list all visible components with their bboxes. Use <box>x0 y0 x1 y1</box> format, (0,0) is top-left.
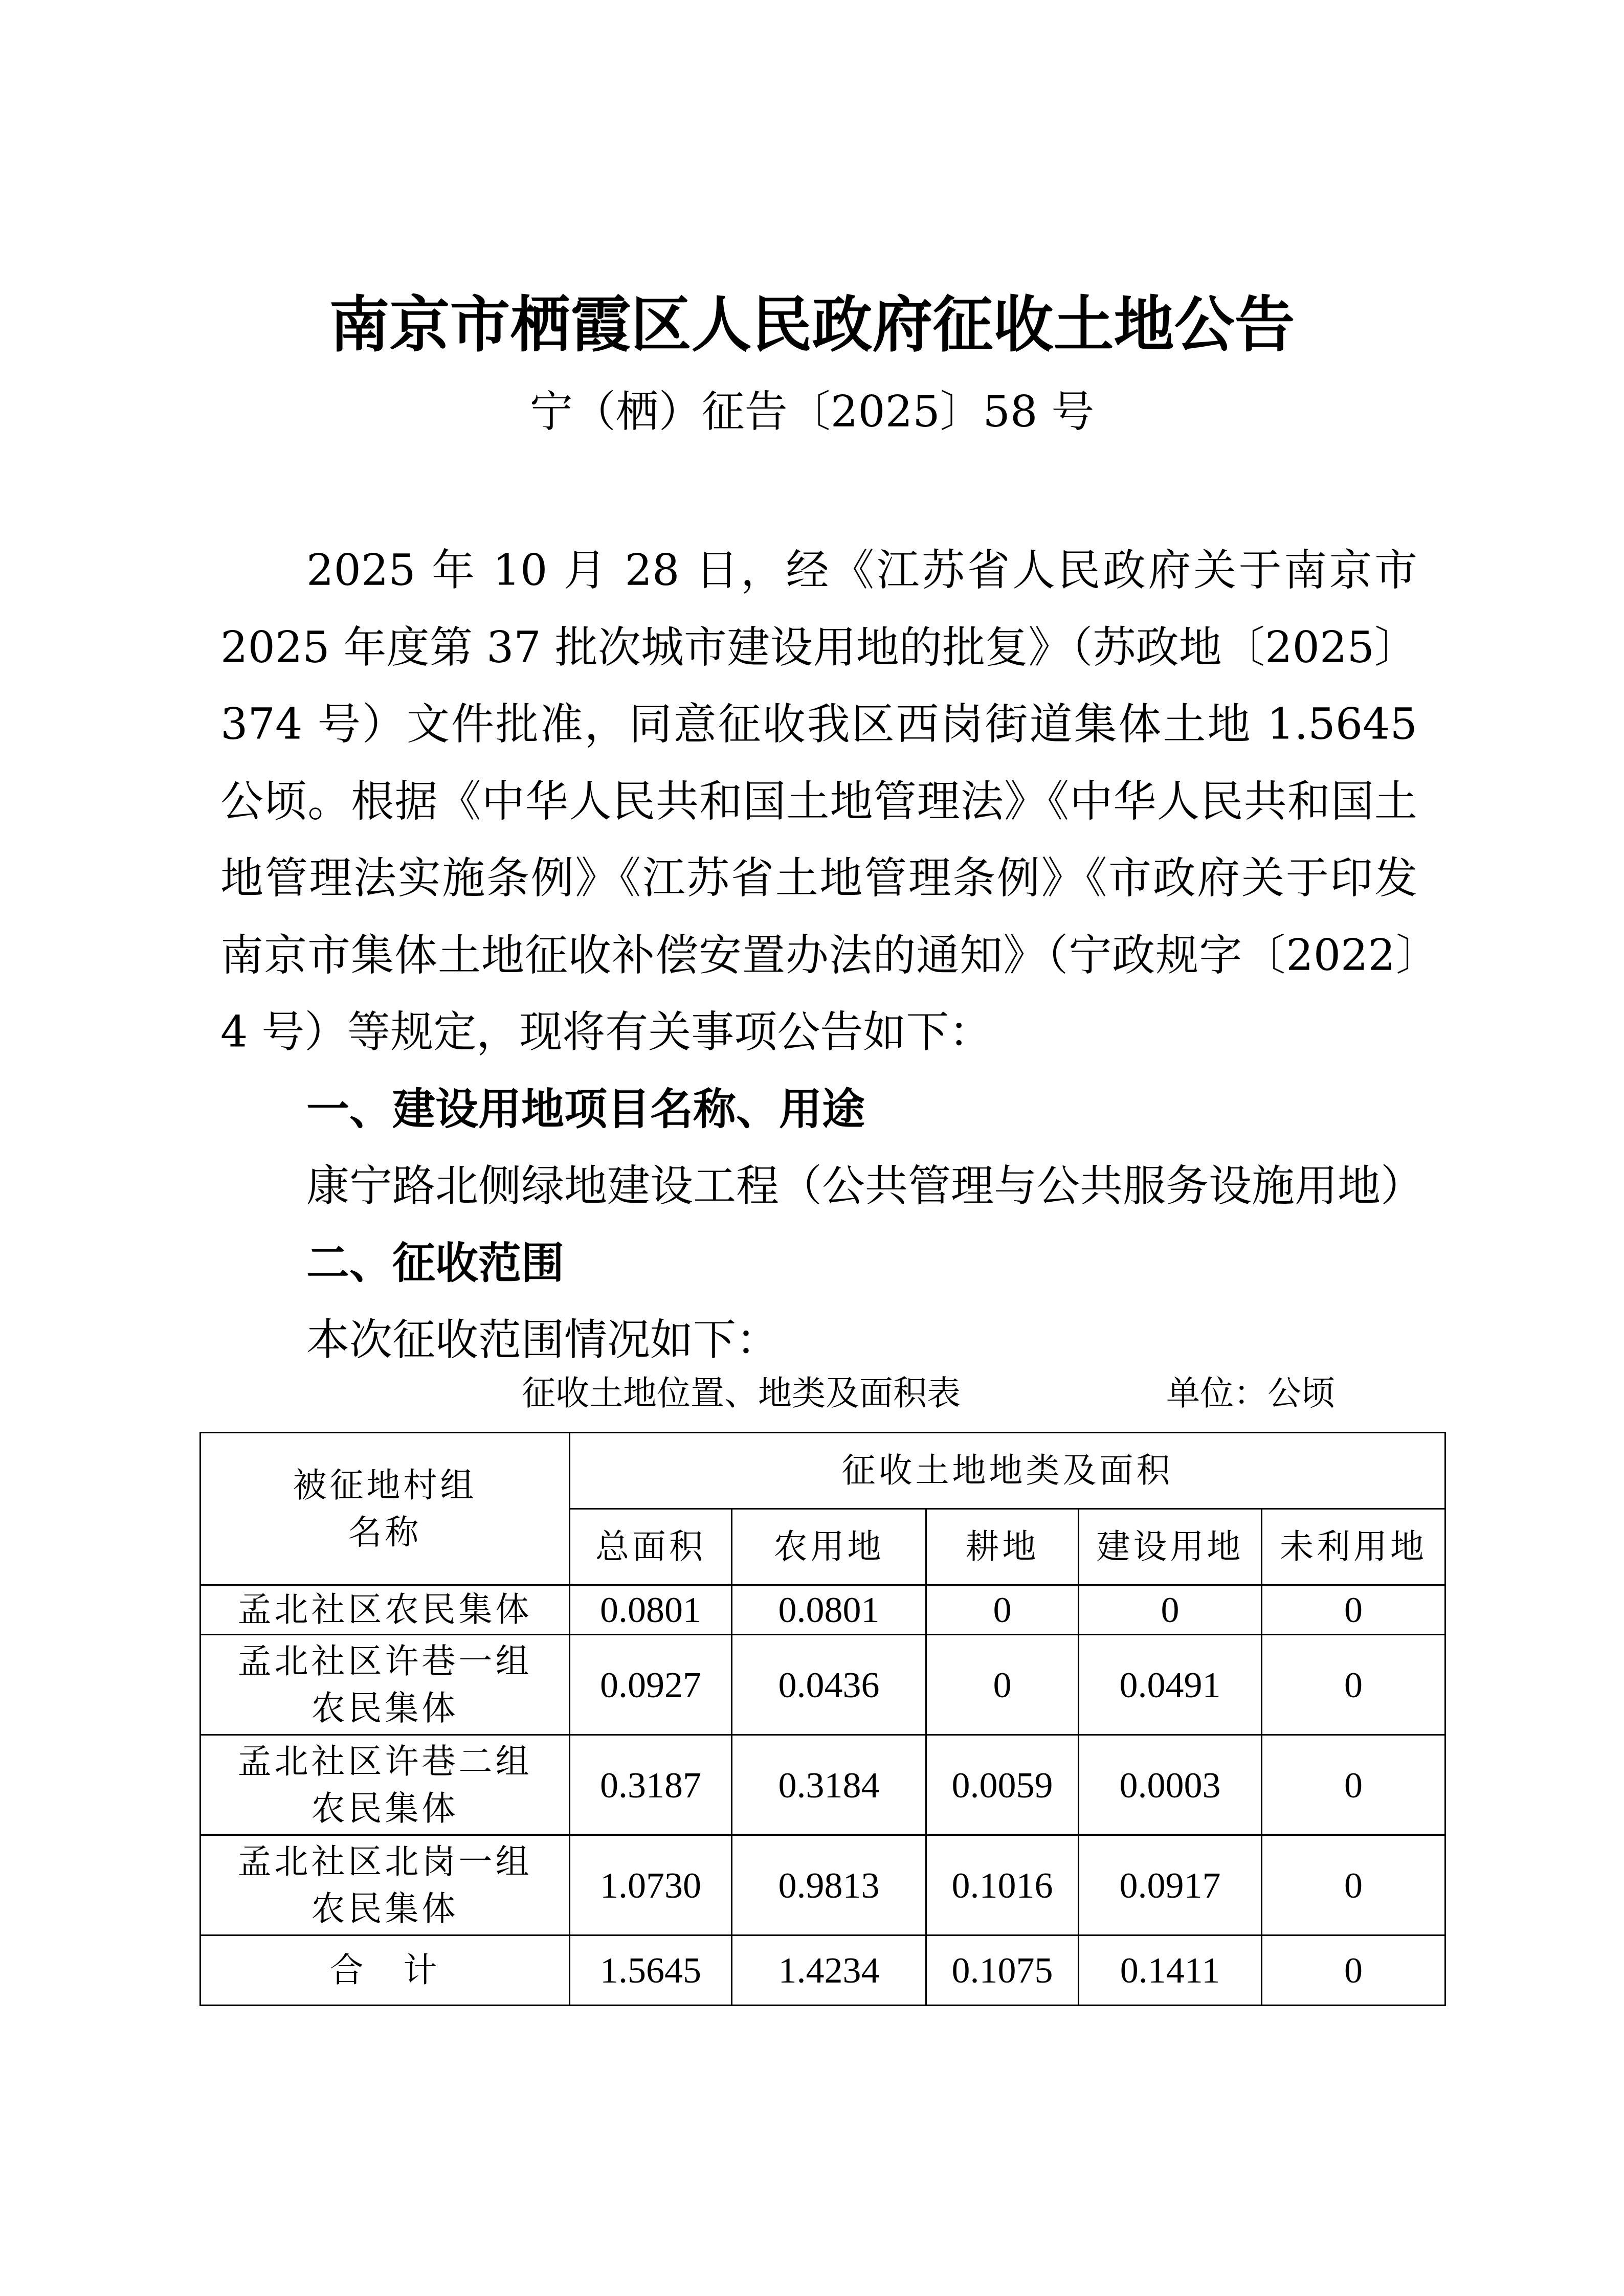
total-agricultural-land: 1.4234 <box>732 1935 926 2006</box>
header-land-type-group: 征收土地地类及面积 <box>570 1433 1445 1509</box>
document-title: 南京市栖霞区人民政府征收土地公告 <box>0 289 1624 361</box>
cell-unused-land: 0 <box>1262 1635 1445 1735</box>
header-construction-land: 建设用地 <box>1079 1509 1262 1585</box>
header-cultivated-land: 耕地 <box>926 1509 1079 1585</box>
table-row: 孟北社区许巷一组 农民集体 0.0927 0.0436 0 0.0491 0 <box>201 1635 1445 1735</box>
document-number: 宁（栖）征告〔2025〕58 号 <box>0 384 1624 440</box>
header-name-line1: 被征地村组 <box>201 1462 569 1509</box>
cell-agricultural-land: 0.0436 <box>732 1635 926 1735</box>
table-row: 孟北社区北岗一组 农民集体 1.0730 0.9813 0.1016 0.091… <box>201 1835 1445 1935</box>
row-name-line1: 孟北社区北岗一组 <box>201 1838 569 1885</box>
cell-agricultural-land: 0.3184 <box>732 1735 926 1835</box>
section-2-heading: 二、征收范围 <box>220 1225 1417 1302</box>
row-name-line1: 孟北社区许巷一组 <box>201 1638 569 1685</box>
table-total-row: 合 计 1.5645 1.4234 0.1075 0.1411 0 <box>201 1935 1445 2006</box>
row-name-line2: 农民集体 <box>201 1685 569 1732</box>
cell-cultivated-land: 0 <box>926 1585 1079 1635</box>
cell-construction-land: 0.0917 <box>1079 1835 1262 1935</box>
cell-unused-land: 0 <box>1262 1585 1445 1635</box>
table-caption: 征收土地位置、地类及面积表 单位：公顷 <box>522 1370 961 1416</box>
header-name-line2: 名称 <box>201 1509 569 1556</box>
cell-total-area: 0.0801 <box>570 1585 732 1635</box>
cell-construction-land: 0.0003 <box>1079 1735 1262 1835</box>
cell-cultivated-land: 0 <box>926 1635 1079 1735</box>
section-1-content: 康宁路北侧绿地建设工程（公共管理与公共服务设施用地） <box>220 1147 1417 1225</box>
row-name: 孟北社区许巷二组 农民集体 <box>201 1735 570 1835</box>
cell-total-area: 0.3187 <box>570 1735 732 1835</box>
cell-cultivated-land: 0.1016 <box>926 1835 1079 1935</box>
cell-agricultural-land: 0.9813 <box>732 1835 926 1935</box>
header-unused-land: 未利用地 <box>1262 1509 1445 1585</box>
cell-total-area: 1.0730 <box>570 1835 732 1935</box>
table-unit: 单位：公顷 <box>1166 1370 1335 1416</box>
intro-paragraph: 2025 年 10 月 28 日，经《江苏省人民政府关于南京市 2025 年度第… <box>220 532 1417 1071</box>
cell-cultivated-land: 0.0059 <box>926 1735 1079 1835</box>
row-name: 孟北社区许巷一组 农民集体 <box>201 1635 570 1735</box>
cell-unused-land: 0 <box>1262 1835 1445 1935</box>
total-unused-land: 0 <box>1262 1935 1445 2006</box>
total-construction-land: 0.1411 <box>1079 1935 1262 2006</box>
row-name-line1: 孟北社区许巷二组 <box>201 1738 569 1785</box>
row-name: 孟北社区北岗一组 农民集体 <box>201 1835 570 1935</box>
table-caption-title: 征收土地位置、地类及面积表 <box>522 1374 961 1413</box>
table-header-row: 被征地村组 名称 征收土地地类及面积 <box>201 1433 1445 1509</box>
header-village-group-name: 被征地村组 名称 <box>201 1433 570 1585</box>
row-name-line2: 农民集体 <box>201 1885 569 1932</box>
cell-total-area: 0.0927 <box>570 1635 732 1735</box>
cell-agricultural-land: 0.0801 <box>732 1585 926 1635</box>
section-2-content: 本次征收范围情况如下： <box>220 1301 1417 1379</box>
document-body: 2025 年 10 月 28 日，经《江苏省人民政府关于南京市 2025 年度第… <box>220 532 1417 1379</box>
cell-unused-land: 0 <box>1262 1735 1445 1835</box>
row-name: 孟北社区农民集体 <box>201 1585 570 1635</box>
document-page: 南京市栖霞区人民政府征收土地公告 宁（栖）征告〔2025〕58 号 2025 年… <box>0 0 1624 2296</box>
table-row: 孟北社区农民集体 0.0801 0.0801 0 0 0 <box>201 1585 1445 1635</box>
table-row: 孟北社区许巷二组 农民集体 0.3187 0.3184 0.0059 0.000… <box>201 1735 1445 1835</box>
total-label: 合 计 <box>201 1935 570 2006</box>
row-name-line2: 农民集体 <box>201 1785 569 1832</box>
land-area-table: 被征地村组 名称 征收土地地类及面积 总面积 农用地 耕地 建设用地 未利用地 … <box>199 1432 1446 2006</box>
cell-construction-land: 0.0491 <box>1079 1635 1262 1735</box>
header-total-area: 总面积 <box>570 1509 732 1585</box>
total-total-area: 1.5645 <box>570 1935 732 2006</box>
header-agricultural-land: 农用地 <box>732 1509 926 1585</box>
section-1-heading: 一、建设用地项目名称、用途 <box>220 1071 1417 1148</box>
total-cultivated-land: 0.1075 <box>926 1935 1079 2006</box>
cell-construction-land: 0 <box>1079 1585 1262 1635</box>
